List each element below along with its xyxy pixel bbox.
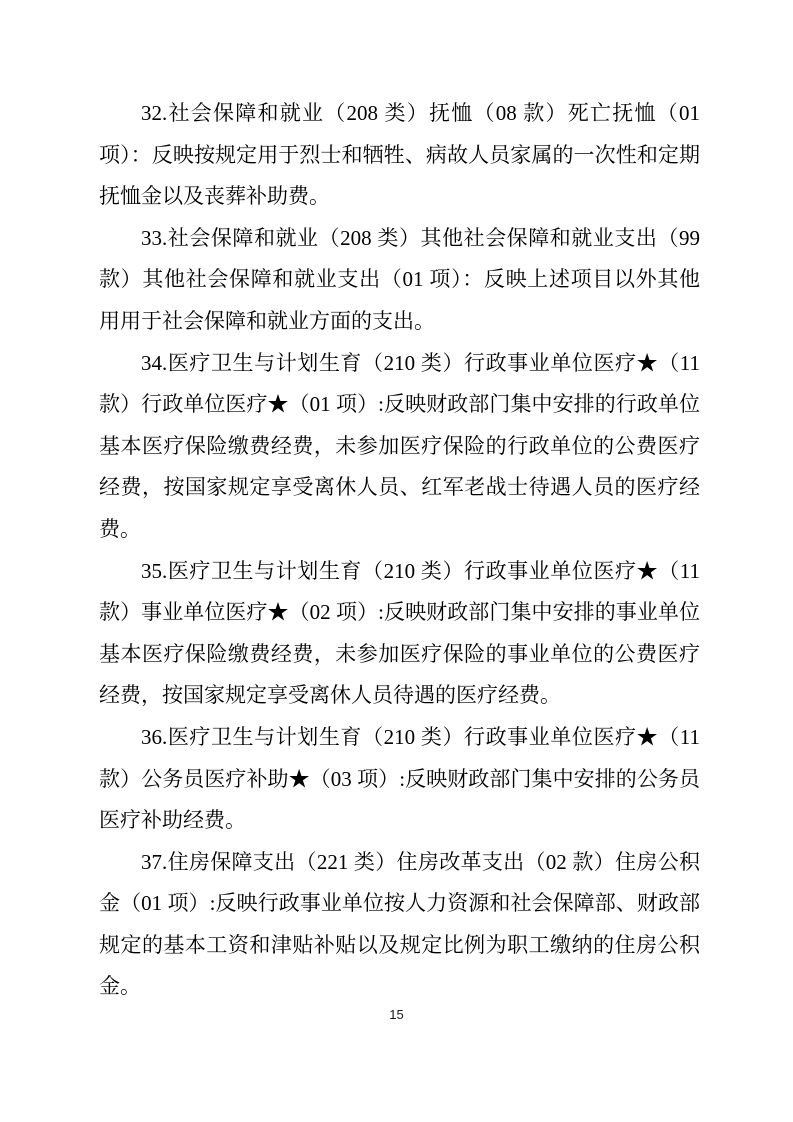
- document-body: 32.社会保障和就业（208 类）抚恤（08 款）死亡抚恤（01 项）：反映按规…: [99, 93, 700, 1008]
- paragraph-item-33: 33.社会保障和就业（208 类）其他社会保障和就业支出（99 款）其他社会保障…: [99, 218, 700, 343]
- paragraph-item-35: 35.医疗卫生与计划生育（210 类）行政事业单位医疗★（11 款）事业单位医疗…: [99, 551, 700, 717]
- page-number: 15: [389, 1007, 403, 1022]
- paragraph-item-36: 36.医疗卫生与计划生育（210 类）行政事业单位医疗★（11 款）公务员医疗补…: [99, 717, 700, 842]
- document-page: 32.社会保障和就业（208 类）抚恤（08 款）死亡抚恤（01 项）：反映按规…: [0, 0, 793, 1122]
- paragraph-item-32: 32.社会保障和就业（208 类）抚恤（08 款）死亡抚恤（01 项）：反映按规…: [99, 93, 700, 218]
- page-footer: 15: [0, 1006, 793, 1024]
- paragraph-item-37: 37.住房保障支出（221 类）住房改革支出（02 款）住房公积金（01 项）:…: [99, 842, 700, 1008]
- paragraph-item-34: 34.医疗卫生与计划生育（210 类）行政事业单位医疗★（11 款）行政单位医疗…: [99, 343, 700, 551]
